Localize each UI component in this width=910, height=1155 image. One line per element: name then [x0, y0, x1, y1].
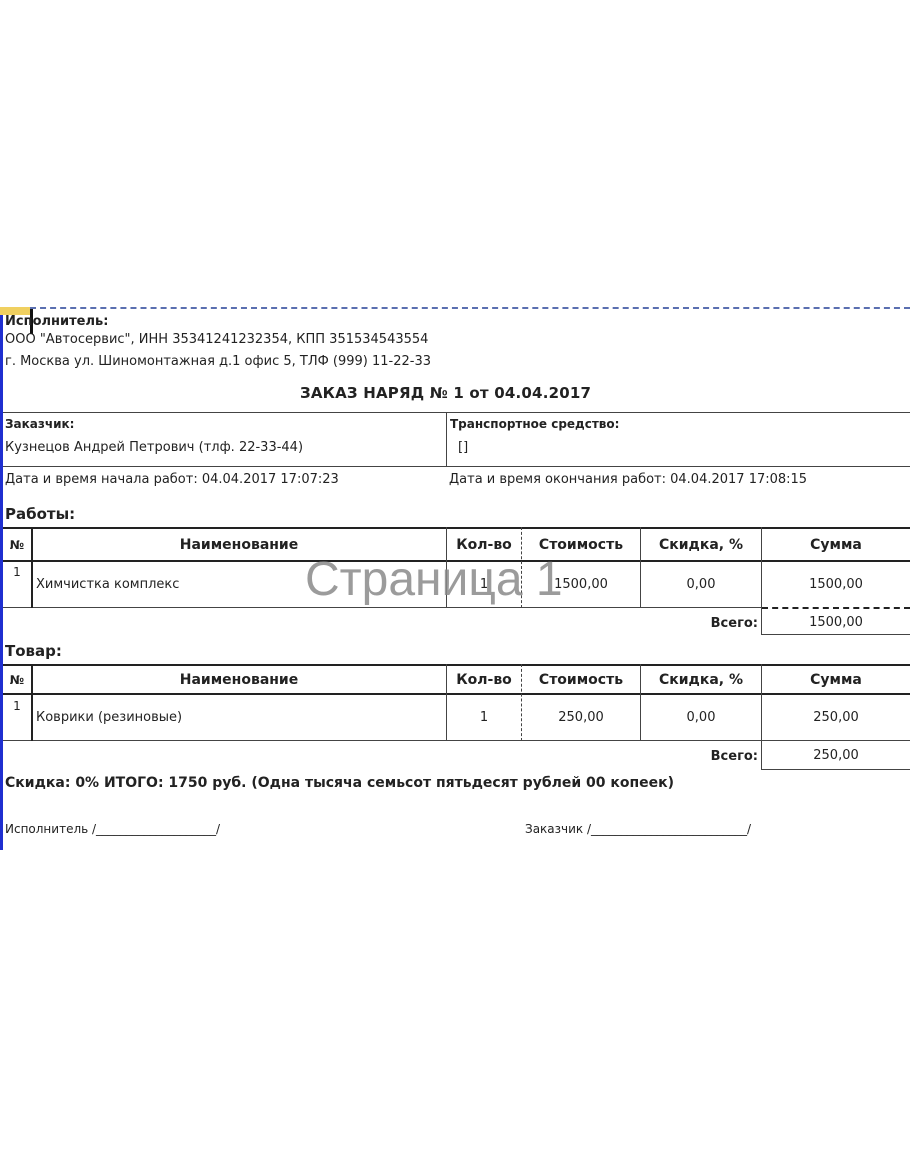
vehicle-label: Транспортное средство:	[450, 417, 619, 431]
divider	[3, 412, 910, 413]
divider	[3, 466, 910, 467]
column-header: №	[3, 666, 31, 693]
start-time: Дата и время начала работ: 04.04.2017 17…	[5, 472, 339, 487]
column-header: Скидка, %	[641, 529, 761, 560]
column-header: Стоимость	[522, 666, 640, 693]
end-time: Дата и время окончания работ: 04.04.2017…	[449, 472, 807, 487]
column-header: Сумма	[762, 529, 910, 560]
row-number: 1	[3, 697, 31, 715]
works-total-label: Всего:	[641, 610, 758, 636]
customer-value: Кузнецов Андрей Петрович (тлф. 22-33-44)	[5, 440, 303, 455]
page-top-border	[30, 307, 910, 309]
column-header: Скидка, %	[641, 666, 761, 693]
row-qty: 1	[447, 695, 521, 740]
row-number: 1	[3, 563, 31, 581]
goods-total-value: 250,00	[762, 742, 910, 768]
row-name: Коврики (резиновые)	[32, 695, 446, 740]
row-sum: 1500,00	[762, 562, 910, 607]
vehicle-value: []	[458, 440, 468, 455]
customer-signature: Заказчик /__________________________/	[525, 822, 751, 836]
row-sum: 250,00	[762, 695, 910, 740]
executor-signature: Исполнитель /____________________/	[5, 822, 220, 836]
column-header: №	[3, 529, 31, 560]
customer-label: Заказчик:	[5, 417, 74, 431]
column-header: Кол-во	[447, 666, 521, 693]
page-watermark: Страница 1	[305, 552, 563, 607]
order-summary: Скидка: 0% ИТОГО: 1750 руб. (Одна тысяча…	[5, 775, 674, 791]
column-header: Наименование	[32, 666, 446, 693]
goods-total-label: Всего:	[641, 743, 758, 769]
works-total-value: 1500,00	[762, 609, 910, 635]
page-left-border	[0, 312, 3, 850]
goods-section-label: Товар:	[5, 642, 62, 660]
divider	[446, 412, 447, 466]
page-title: ЗАКАЗ НАРЯД № 1 от 04.04.2017	[300, 384, 591, 402]
row-discount: 0,00	[641, 562, 761, 607]
executor-label: Исполнитель:	[5, 314, 108, 329]
row-price: 250,00	[522, 695, 640, 740]
column-header: Сумма	[762, 666, 910, 693]
executor-address: г. Москва ул. Шиномонтажная д.1 офис 5, …	[5, 354, 431, 369]
works-section-label: Работы:	[5, 505, 75, 523]
executor-company: ООО "Автосервис", ИНН 35341241232354, КП…	[5, 332, 428, 347]
row-discount: 0,00	[641, 695, 761, 740]
